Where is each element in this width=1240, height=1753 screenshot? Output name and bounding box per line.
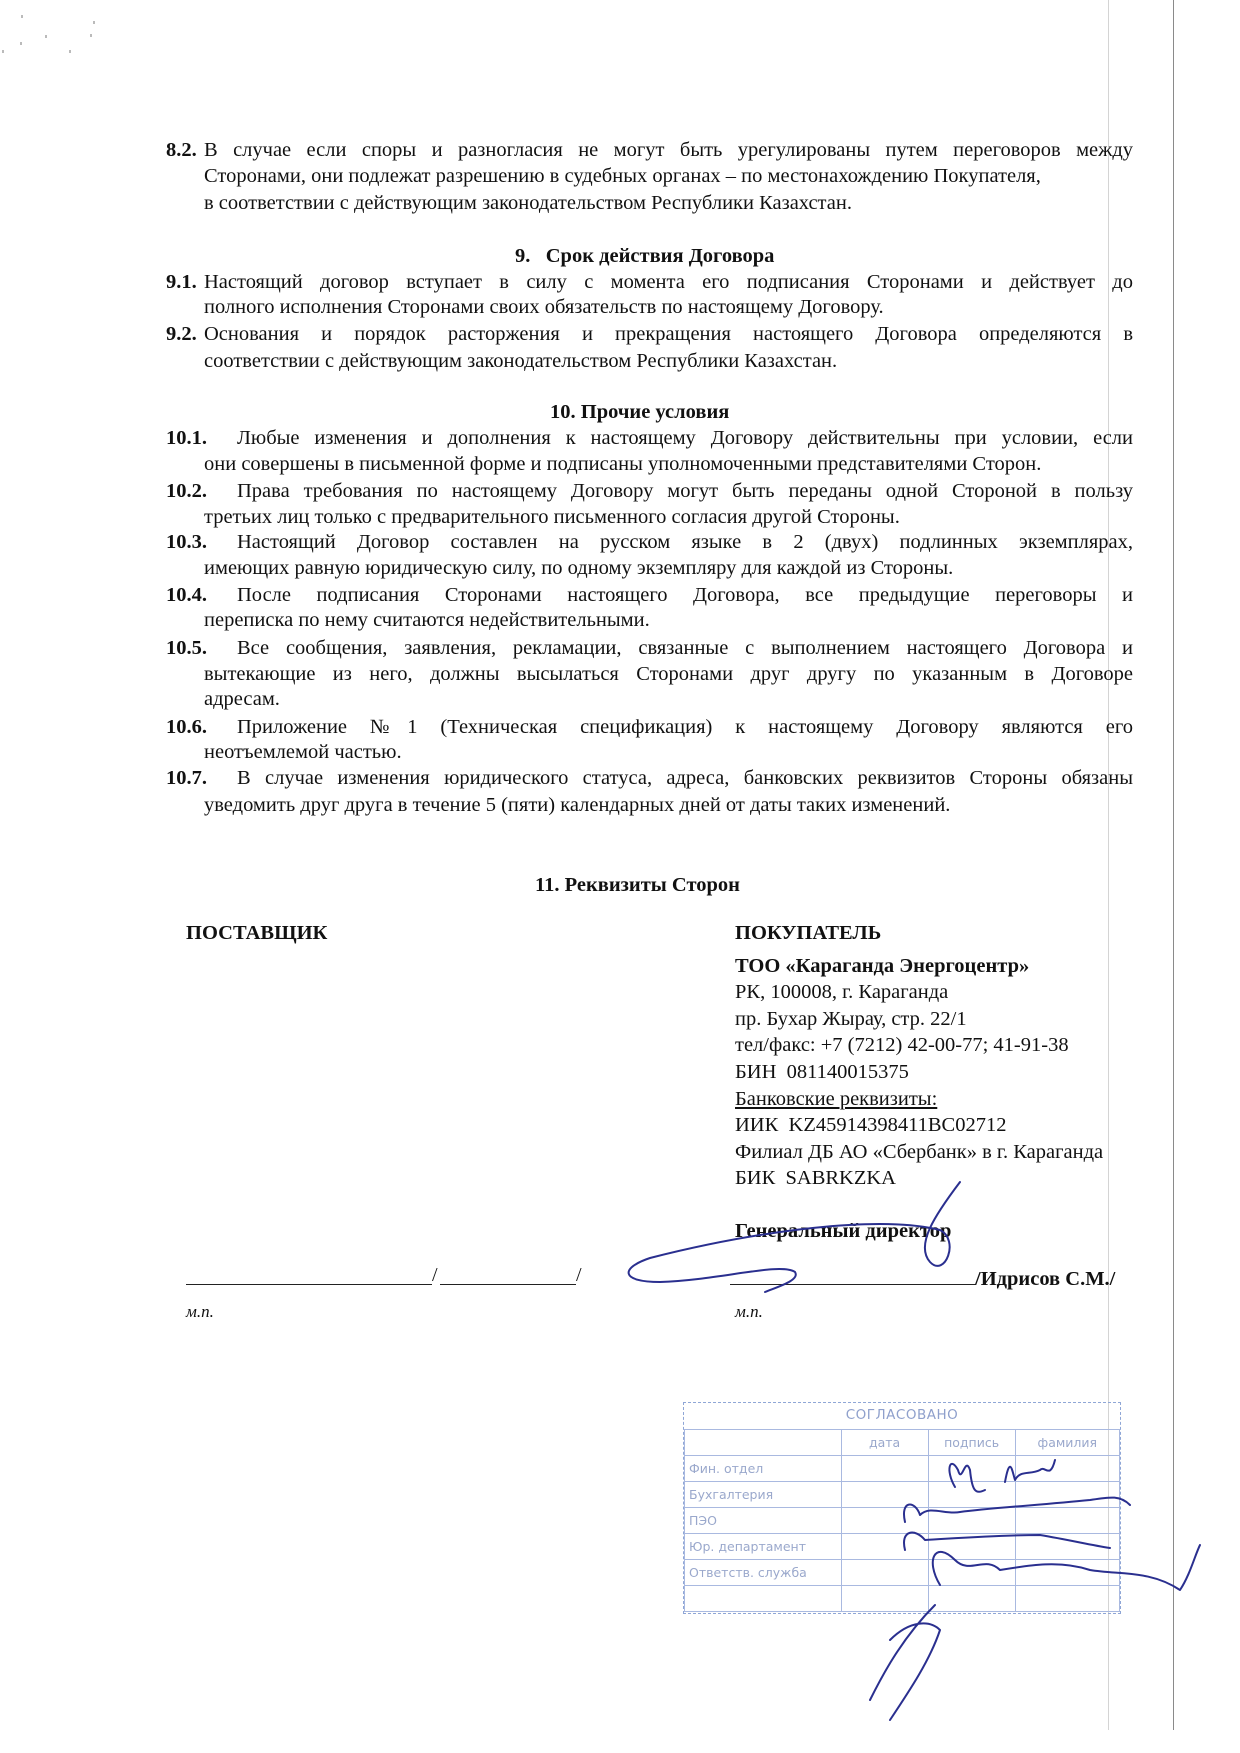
signature-slash: / (432, 1264, 438, 1287)
buyer-company: ТОО «Караганда Энергоцентр» (735, 953, 1029, 979)
clause-text-line: адресам. (204, 686, 280, 712)
clause-text-line: имеющих равную юридическую силу, по одно… (204, 555, 953, 581)
stamp-title: СОГЛАСОВАНО (684, 1407, 1120, 1423)
approval-row-label: Юр. департамент (685, 1534, 842, 1560)
clause-text-line: Настоящий Договор составлен на русском я… (237, 529, 1133, 555)
scan-speck (20, 42, 22, 45)
approval-table: дата подпись фамилия Фин. отдел Бухгалте… (684, 1429, 1120, 1612)
buyer-label: ПОКУПАТЕЛЬ (735, 920, 881, 946)
clause-text-line: Сторонами, они подлежат разрешению в суд… (204, 163, 1041, 189)
clause-text-line: в соответствии с действующим законодател… (204, 190, 852, 216)
section-heading: 10. Прочие условия (550, 399, 729, 425)
clause-number: 10.4. (166, 582, 207, 608)
approval-row (685, 1586, 1120, 1612)
approval-stamp: СОГЛАСОВАНО дата подпись фамилия Фин. от… (683, 1402, 1121, 1614)
buyer-bin: БИН 081140015375 (735, 1059, 909, 1085)
clause-text-line: переписка по нему считаются недействител… (204, 607, 650, 633)
buyer-signature-line (730, 1284, 975, 1285)
section-heading: 11. Реквизиты Сторон (535, 872, 740, 898)
approval-col-date: дата (841, 1430, 928, 1456)
section-heading: 9. Срок действия Договора (515, 243, 774, 269)
approval-row: Юр. департамент (685, 1534, 1120, 1560)
approval-row-label: Бухгалтерия (685, 1482, 842, 1508)
approval-row-label (685, 1586, 842, 1612)
approval-row: Фин. отдел (685, 1456, 1120, 1482)
clause-number: 10.2. (166, 478, 207, 504)
clause-number: 8.2. (166, 137, 197, 163)
buyer-signatory: /Идрисов С.М./ (975, 1266, 1115, 1292)
page-edge-line (1173, 0, 1174, 1730)
clause-text-line: После подписания Сторонами настоящего До… (237, 582, 1133, 608)
approval-row: ПЭО (685, 1508, 1120, 1534)
supplier-seal-place: м.п. (186, 1302, 214, 1322)
approval-row-label: Ответств. служба (685, 1560, 842, 1586)
scan-speck (21, 15, 23, 18)
buyer-seal-place: м.п. (735, 1302, 763, 1322)
document-page: 8.2. В случае если споры и разногласия н… (0, 0, 1240, 1753)
clause-text-line: Любые изменения и дополнения к настоящем… (237, 425, 1133, 451)
clause-number: 9.2. (166, 321, 197, 347)
clause-number: 10.7. (166, 765, 207, 791)
clause-text-line: Основания и порядок расторжения и прекра… (204, 321, 1133, 347)
clause-text-line: неотъемлемой частью. (204, 739, 402, 765)
approval-signature-icon (870, 1605, 940, 1720)
supplier-name-line (440, 1284, 576, 1285)
signature-slash: / (576, 1264, 582, 1287)
clause-text-line: Настоящий договор вступает в силу с моме… (204, 269, 1133, 295)
buyer-iik: ИИК KZ45914398411BC02712 (735, 1112, 1006, 1138)
approval-row-label: ПЭО (685, 1508, 842, 1534)
buyer-address-street: пр. Бухар Жырау, стр. 22/1 (735, 1006, 967, 1032)
buyer-phone: тел/факс: +7 (7212) 42-00-77; 41-91-38 (735, 1032, 1069, 1058)
scan-speck (45, 35, 47, 38)
clause-number: 10.5. (166, 635, 207, 661)
approval-row-label: Фин. отдел (685, 1456, 842, 1482)
clause-text-line: полного исполнения Сторонами своих обяза… (204, 294, 884, 320)
clause-text-line: третьих лиц только с предварительного пи… (204, 504, 900, 530)
clause-text-line: Все сообщения, заявления, рекламации, св… (237, 635, 1133, 661)
clause-text-line: вытекающие из него, должны высылаться Ст… (204, 661, 1133, 687)
approval-row: Ответств. служба (685, 1560, 1120, 1586)
clause-number: 10.1. (166, 425, 207, 451)
buyer-position: Генеральный директор (735, 1218, 951, 1244)
supplier-label: ПОСТАВЩИК (186, 920, 327, 946)
clause-text-line: они совершены в письменной форме и подпи… (204, 451, 1041, 477)
supplier-signature-line (186, 1284, 432, 1285)
scan-speck (2, 50, 4, 53)
clause-number: 10.3. (166, 529, 207, 555)
approval-col-dept (685, 1430, 842, 1456)
scan-speck (90, 34, 92, 37)
buyer-address-city: РК, 100008, г. Караганда (735, 979, 948, 1005)
approval-col-surname: фамилия (1015, 1430, 1119, 1456)
scan-speck (93, 21, 95, 24)
clause-number: 9.1. (166, 269, 197, 295)
clause-text-line: соответствии с действующим законодательс… (204, 348, 837, 374)
buyer-bank: Филиал ДБ АО «Сбербанк» в г. Караганда (735, 1139, 1103, 1165)
approval-header-row: дата подпись фамилия (685, 1430, 1120, 1456)
clause-text-line: В случае изменения юридического статуса,… (237, 765, 1133, 791)
approval-col-signature: подпись (928, 1430, 1015, 1456)
clause-text-line: Права требования по настоящему Договору … (237, 478, 1133, 504)
scan-speck (69, 50, 71, 53)
clause-text-line: уведомить друг друга в течение 5 (пяти) … (204, 792, 950, 818)
clause-number: 10.6. (166, 714, 207, 740)
clause-text-line: Приложение №1 (Техническая спецификация)… (237, 714, 1133, 740)
clause-text-line: В случае если споры и разногласия не мог… (204, 137, 1133, 163)
approval-row: Бухгалтерия (685, 1482, 1120, 1508)
buyer-bik: БИК SABRKZKA (735, 1165, 896, 1191)
bank-details-title: Банковские реквизиты: (735, 1086, 937, 1112)
